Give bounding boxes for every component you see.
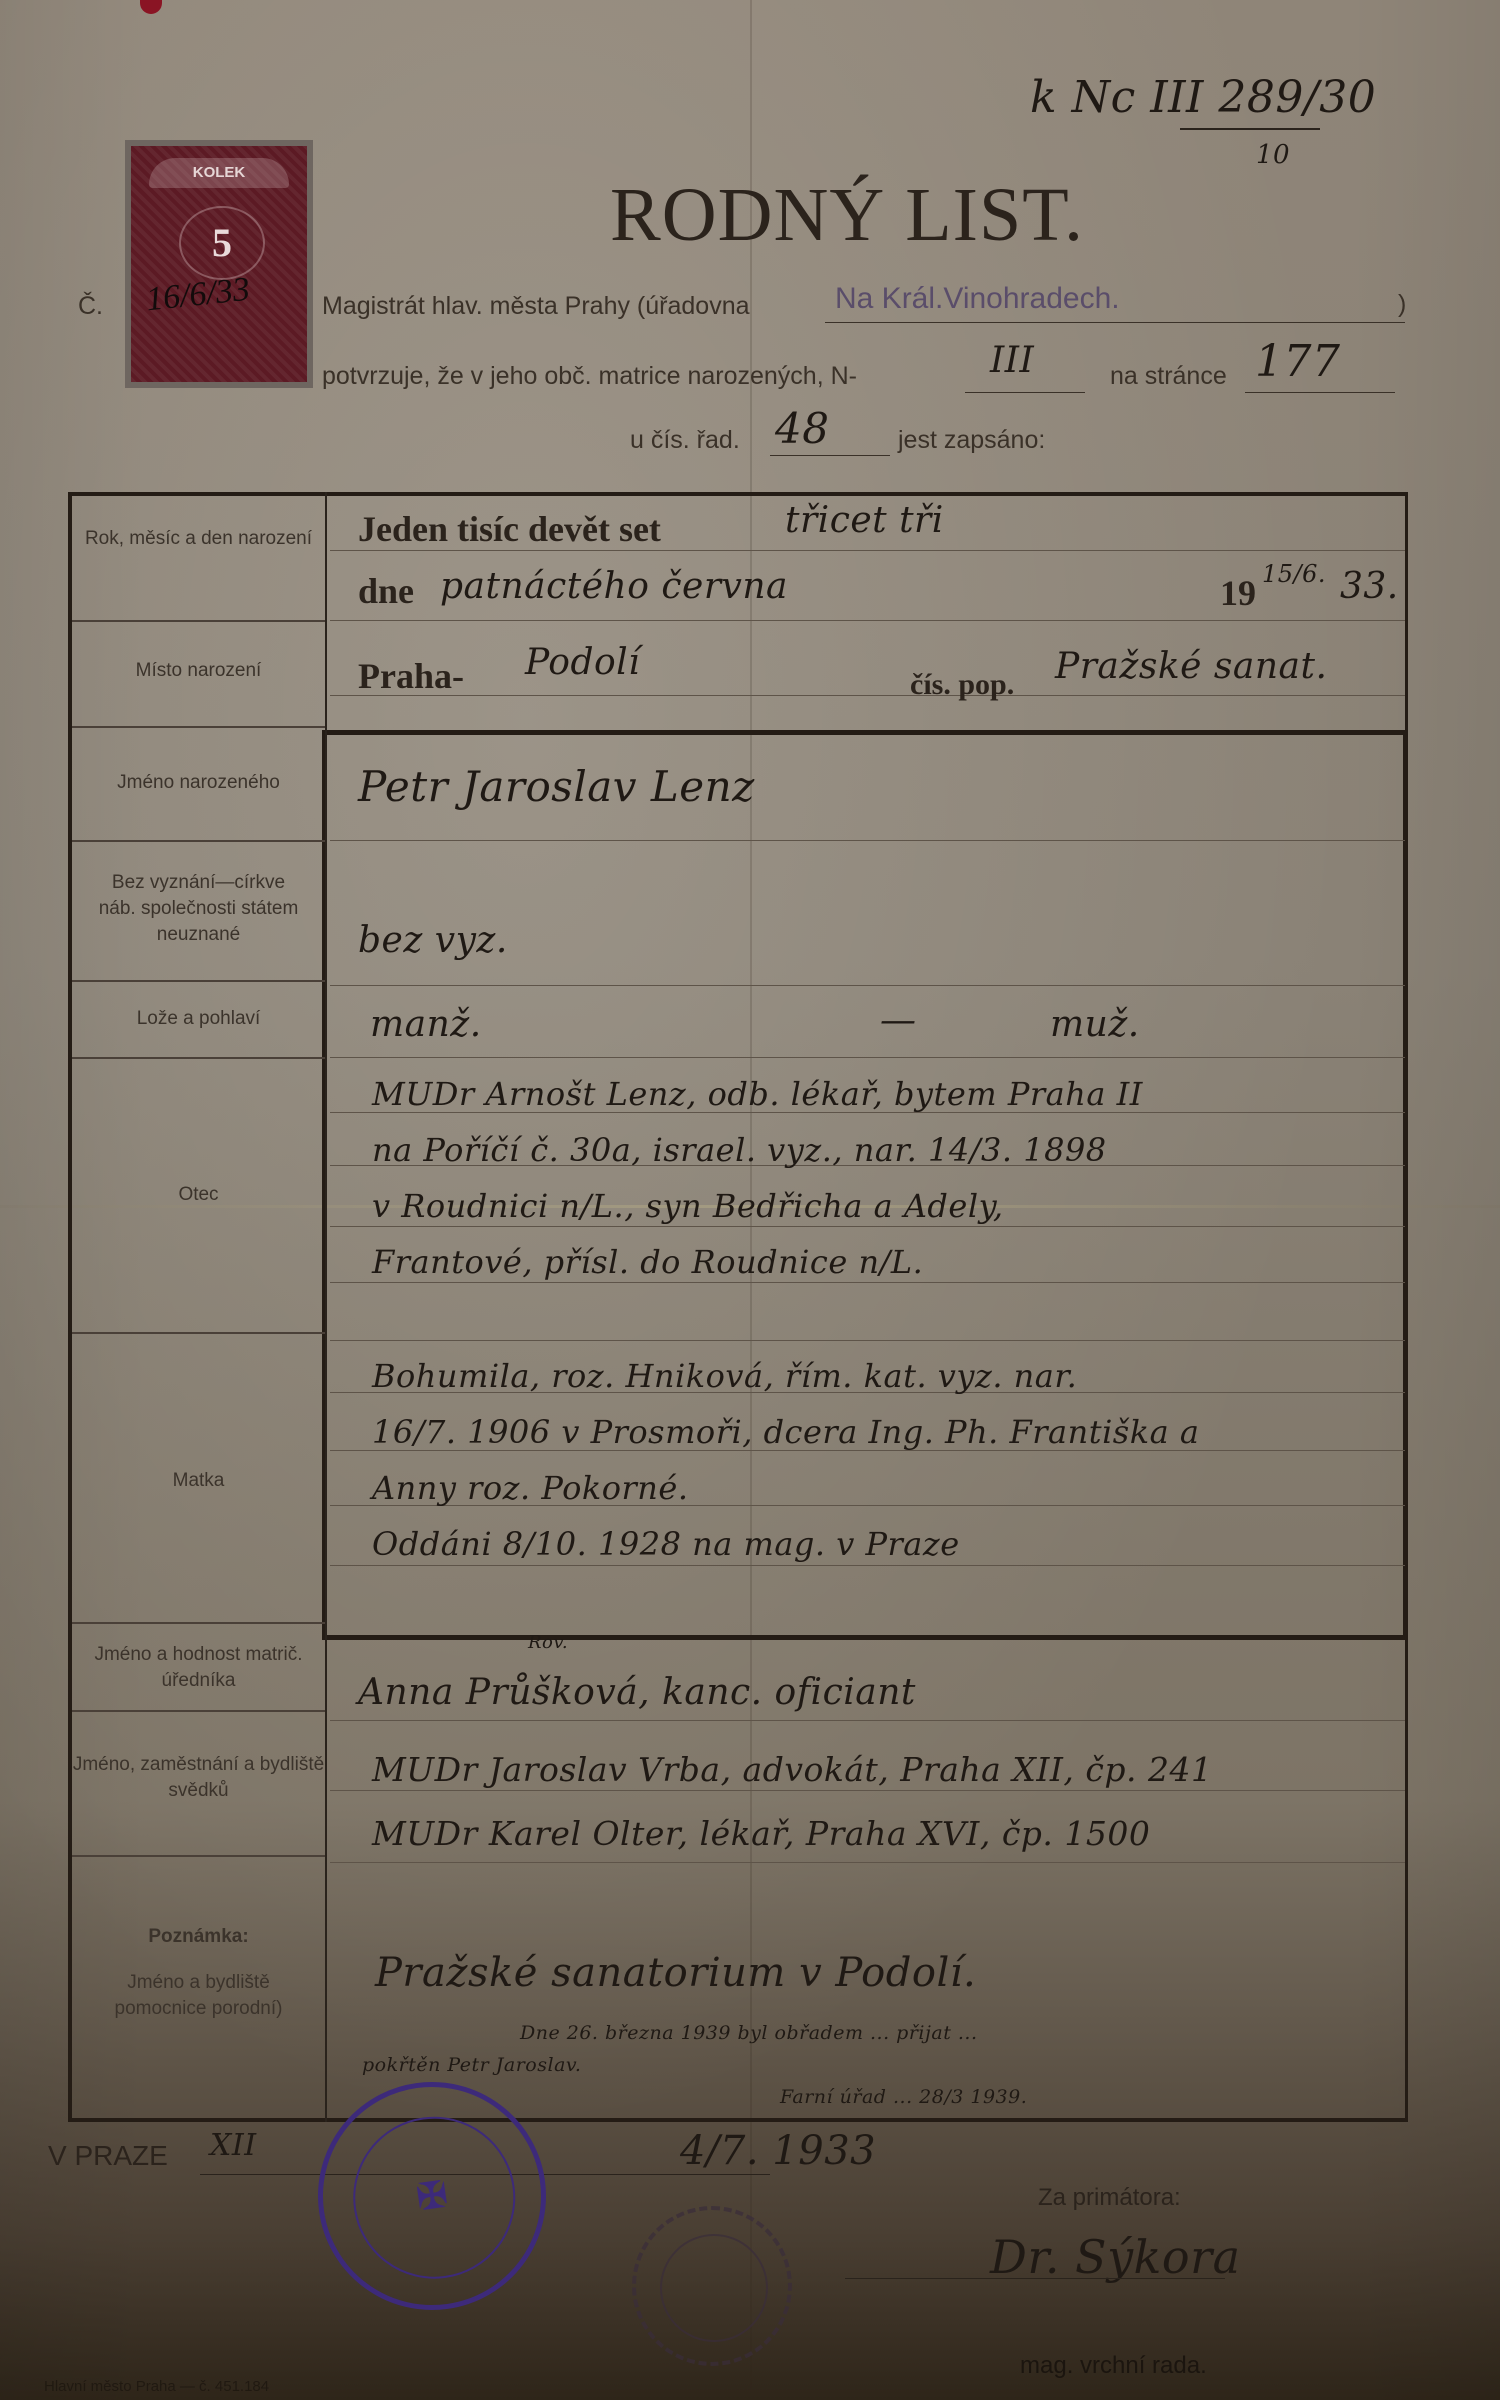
row-divider: [72, 1710, 325, 1712]
numeric-year: 33.: [1340, 566, 1399, 607]
sex-value: muž.: [1050, 1004, 1140, 1045]
midwife-value: Pražské sanatorium v Podolí.: [375, 1950, 976, 1996]
row-divider: [72, 980, 325, 982]
label-witnesses: Jméno, zaměstnání a bydliště svědků: [72, 1752, 325, 1804]
register-rule: [965, 392, 1085, 393]
signatory-prefix: Za primátora:: [1038, 2184, 1181, 2212]
signatory-title: mag. vrchní rada.: [1020, 2352, 1207, 2380]
remark-annotation: pokřtěn Petr Jaroslav.: [362, 2054, 581, 2076]
father-line: MUDr Arnošt Lenz, odb. lékař, bytem Prah…: [372, 1066, 1143, 1122]
row-divider: [72, 726, 325, 728]
house-handwritten: Pražské sanat.: [1055, 646, 1327, 687]
child-name: Petr Jaroslav Lenz: [358, 762, 755, 811]
religion-value: bez vyz.: [358, 920, 508, 961]
office-close: ): [1398, 290, 1406, 319]
page-number: 177: [1255, 336, 1340, 387]
reference-underline: [1180, 128, 1320, 130]
witness-line: MUDr Karel Olter, lékař, Praha XVI, čp. …: [372, 1802, 1212, 1866]
row-suffix: jest zapsáno:: [898, 426, 1045, 455]
writing-rule: [330, 1057, 1405, 1058]
writing-rule: [330, 985, 1405, 986]
row-number: 48: [775, 404, 829, 453]
writing-rule: [330, 1340, 1405, 1341]
city-seal: [632, 2206, 792, 2366]
document-title: RODNÝ LIST.: [610, 172, 1084, 259]
stamp-top-label: KOLEK: [149, 158, 289, 188]
district-number: XII: [210, 2128, 257, 2163]
label-legitimacy-sex: Lože a pohlaví: [72, 1006, 325, 1032]
witnesses-list: MUDr Jaroslav Vrba, advokát, Praha XII, …: [372, 1738, 1212, 1866]
writing-rule: [330, 840, 1405, 841]
row-rule: [770, 455, 890, 456]
separator: —: [880, 1000, 917, 1041]
page-rule: [1245, 392, 1395, 393]
column-separator: [325, 492, 327, 2122]
office-name: Na Král.Vinohradech.: [835, 282, 1120, 316]
number-prefix: Č.: [78, 292, 103, 321]
label-name: Jméno narozeného: [72, 770, 325, 796]
numeric-day-month: 15/6.: [1262, 560, 1326, 588]
row-divider: [72, 1855, 325, 1857]
writing-rule: [330, 550, 1405, 551]
red-mark: [140, 0, 162, 14]
writing-rule: [330, 695, 1405, 696]
row-divider: [72, 1332, 325, 1334]
father-line: Frantové, přísl. do Roudnice n/L.: [372, 1234, 1143, 1290]
page-label: na stránce: [1110, 362, 1227, 391]
row-prefix: u čís. řad.: [630, 426, 740, 455]
register-number: III: [990, 340, 1034, 381]
label-birth-date: Rok, měsíc a den narození: [72, 526, 325, 552]
mother-details: Bohumila, roz. Hniková, řím. kat. vyz. n…: [372, 1348, 1199, 1572]
reference-note: k Nc III 289/30: [1030, 72, 1376, 123]
mother-line: Oddáni 8/10. 1928 na mag. v Praze: [372, 1516, 1199, 1572]
mother-line: 16/7. 1906 v Prosmoři, dcera Ing. Ph. Fr…: [372, 1404, 1199, 1460]
row-divider: [72, 840, 325, 842]
writing-rule: [330, 1720, 1405, 1721]
father-line: na Poříčí č. 30a, israel. vyz., nar. 14/…: [372, 1122, 1143, 1178]
place-label: V PRAZE: [48, 2140, 168, 2172]
label-registrar: Jméno a hodnost matrič. úředníka: [72, 1642, 325, 1694]
printer-mark: Hlavní město Praha — č. 451.184: [44, 2378, 269, 2395]
signature-rule: [845, 2278, 1225, 2279]
office-rule: [825, 322, 1405, 323]
father-details: MUDr Arnošt Lenz, odb. lékař, bytem Prah…: [372, 1066, 1143, 1290]
stamp-value: 5: [179, 206, 265, 280]
issuer-line: Magistrát hlav. města Prahy (úřadovna: [322, 292, 750, 321]
day-label: dne: [358, 570, 414, 612]
city-printed: Praha-: [358, 655, 464, 697]
label-birth-place: Místo narození: [72, 658, 325, 684]
label-religion: Bez vyznání—církve náb. společnosti stát…: [72, 870, 325, 948]
day-handwritten: patnáctého června: [440, 566, 788, 607]
issue-date: 4/7. 1933: [680, 2128, 876, 2174]
mother-line: Bohumila, roz. Hniková, řím. kat. vyz. n…: [372, 1348, 1199, 1404]
printed-year: Jeden tisíc devět set: [358, 508, 661, 550]
registrar-value: Anna Průšková, kanc. oficiant: [358, 1672, 916, 1713]
district-handwritten: Podolí: [525, 642, 640, 683]
signature: Dr. Sýkora: [990, 2230, 1241, 2284]
year-handwritten: třicet tři: [785, 500, 944, 541]
row-divider: [72, 1057, 325, 1059]
revenue-stamp: KOLEK 5 16/6/33: [125, 140, 313, 388]
witness-line: MUDr Jaroslav Vrba, advokát, Praha XII, …: [372, 1738, 1212, 1802]
reference-sub: 10: [1256, 140, 1290, 170]
writing-rule: [330, 620, 1405, 621]
year-prefix: 19: [1220, 572, 1256, 614]
label-father: Otec: [72, 1182, 325, 1208]
label-mother: Matka: [72, 1468, 325, 1494]
remark-annotation: Dne 26. března 1939 byl obřadem ... přij…: [520, 2022, 978, 2044]
register-line: potvrzuje, že v jeho obč. matrice naroze…: [322, 362, 857, 391]
mother-line: Anny roz. Pokorné.: [372, 1460, 1199, 1516]
row-divider: [72, 1622, 325, 1624]
stamp-cancellation: 16/6/33: [144, 271, 251, 320]
legitimacy-value: manž.: [370, 1004, 482, 1045]
registrar-note: Rov.: [528, 1632, 568, 1653]
row-divider: [72, 620, 325, 622]
remark-annotation: Farní úřad ... 28/3 1939.: [780, 2086, 1027, 2108]
house-label: čís. pop.: [910, 668, 1014, 702]
label-remark-sub: Jméno a bydliště pomocnice porodní): [72, 1970, 325, 2022]
father-line: v Roudnici n/L., syn Bedřicha a Adely,: [372, 1178, 1143, 1234]
label-remark-title: Poznámka:: [72, 1924, 325, 1950]
